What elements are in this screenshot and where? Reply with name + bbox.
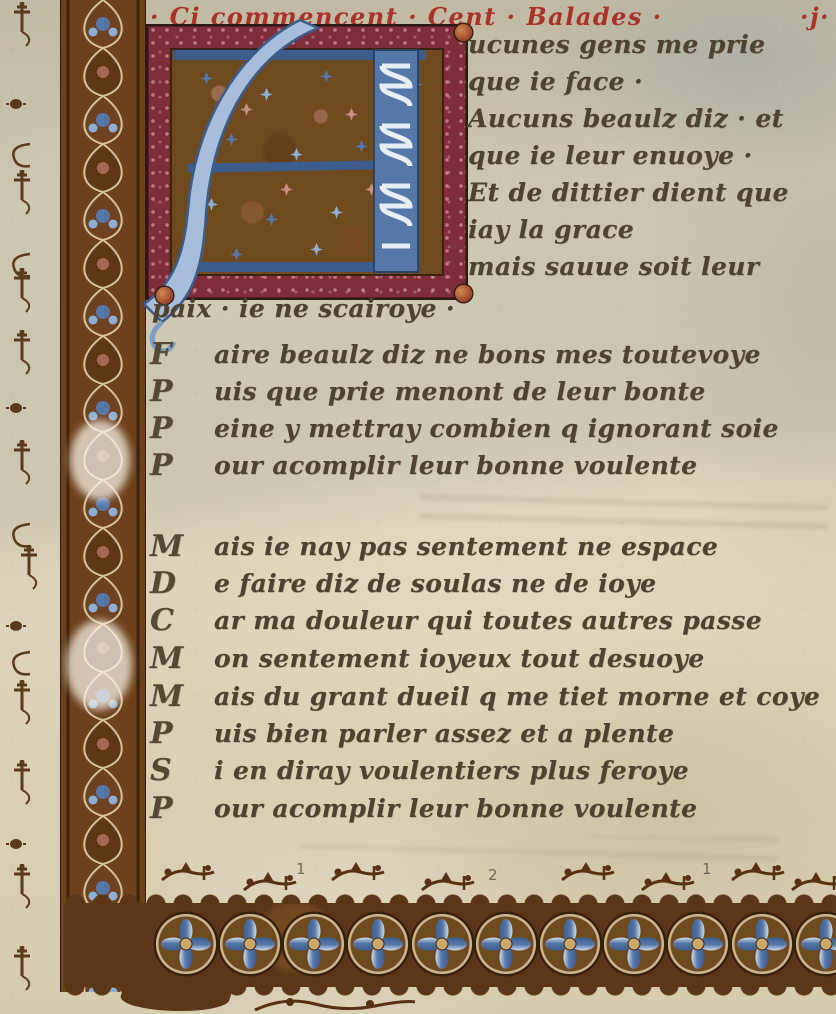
roundel-center-icon xyxy=(693,939,704,950)
verse-initial: P xyxy=(150,448,204,483)
penwork-sprig-icon xyxy=(6,330,40,380)
penwork-sprig-icon xyxy=(6,946,40,996)
penwork-dot-icon xyxy=(6,618,26,637)
verse-line: ais ie nay pas sentement ne espace xyxy=(214,532,718,561)
roundel-center-icon xyxy=(565,939,576,950)
chalk-stain xyxy=(70,420,130,500)
folio-mark: ·j· xyxy=(800,2,830,31)
verse-initial: P xyxy=(150,791,204,826)
verse-initial: F xyxy=(150,337,204,372)
ivy-sprig-icon xyxy=(330,858,386,892)
border-foot xyxy=(116,985,234,1011)
roundel-center-icon xyxy=(821,939,832,950)
verse-line: eine y mettray combien q ignorant soie xyxy=(214,414,779,443)
quatrefoil-roundel-icon xyxy=(668,914,728,974)
ivy-sprig-icon xyxy=(730,858,786,892)
quatrefoil-roundel-icon xyxy=(604,914,664,974)
opening-line: Et de dittier dient que xyxy=(468,178,789,207)
verse-line: e faire diz de soulas ne de ioye xyxy=(214,569,657,598)
chalk-stain xyxy=(66,620,132,710)
penwork-sprig-icon xyxy=(6,2,40,52)
opening-line: Aucuns beaulz diz · et xyxy=(468,104,784,133)
roundel-center-icon xyxy=(245,939,256,950)
verse-line: uis que prie menont de leur bonte xyxy=(214,377,706,406)
left-margin-penwork xyxy=(0,0,60,1014)
verse-initial: P xyxy=(150,411,204,446)
verse-line: ar ma douleur qui toutes autres passe xyxy=(214,606,762,635)
verse-initial: M xyxy=(150,529,204,564)
roundel-center-icon xyxy=(757,939,768,950)
quatrefoil-roundel-icon xyxy=(284,914,344,974)
verse-initial: D xyxy=(150,566,204,601)
quatrefoil-roundel-icon xyxy=(220,914,280,974)
verse-line: our acomplir leur bonne voulente xyxy=(214,451,697,480)
ivy-sprig-icon xyxy=(160,858,216,892)
margin-numeral: 1 xyxy=(702,860,712,878)
quatrefoil-roundel-icon xyxy=(732,914,792,974)
penwork-sprig-icon xyxy=(6,440,40,490)
manuscript-page: · Ci commencent · Cent · Balades · ·j· u… xyxy=(0,0,836,1014)
verse-line: uis bien parler assez et a plente xyxy=(214,719,674,748)
penwork-sprig-icon xyxy=(6,864,40,914)
verse-line: on sentement ioyeux tout desuoye xyxy=(214,644,705,673)
verse-initial: M xyxy=(150,679,204,714)
bottom-border-band xyxy=(64,903,836,987)
corner-knob-icon xyxy=(455,285,472,302)
bottom-sprig-icon xyxy=(250,992,420,1014)
roundel-center-icon xyxy=(309,939,320,950)
verse-initial: P xyxy=(150,716,204,751)
roundel-center-icon xyxy=(501,939,512,950)
roundel-center-icon xyxy=(437,939,448,950)
verse-initial: P xyxy=(150,374,204,409)
penwork-sprig-icon xyxy=(6,680,40,730)
quatrefoil-roundel-icon xyxy=(156,914,216,974)
ivy-sprig-icon xyxy=(560,858,616,892)
penwork-sprig-icon xyxy=(6,268,40,318)
show-through xyxy=(420,492,828,532)
penwork-sprig-icon xyxy=(13,545,47,595)
quatrefoil-roundel-icon xyxy=(348,914,408,974)
opening-line: ucunes gens me prie xyxy=(468,30,766,59)
verse-initial: C xyxy=(150,603,204,638)
verse-line: aire beaulz diz ne bons mes toutevoye xyxy=(214,340,761,369)
penwork-dot-icon xyxy=(6,836,26,855)
verse-initial: S xyxy=(150,753,204,788)
penwork-sprig-icon xyxy=(6,170,40,220)
quatrefoil-roundel-icon xyxy=(540,914,600,974)
quatrefoil-roundel-icon xyxy=(476,914,536,974)
verse-line: our acomplir leur bonne voulente xyxy=(214,794,697,823)
opening-line: mais sauue soit leur xyxy=(468,252,759,281)
roundel-center-icon xyxy=(181,939,192,950)
full-line: paix · ie ne scairoye · xyxy=(152,294,455,323)
verse-initial: M xyxy=(150,641,204,676)
margin-numeral: 2 xyxy=(488,866,498,884)
roundel-center-icon xyxy=(373,939,384,950)
penwork-dot-icon xyxy=(6,96,26,115)
opening-line: que ie leur enuoye · xyxy=(468,141,753,170)
opening-line: que ie face · xyxy=(468,67,643,96)
quatrefoil-roundel-icon xyxy=(796,914,836,974)
illuminated-letter-a xyxy=(148,26,466,298)
opening-line: iay la grace xyxy=(468,215,634,244)
illuminated-initial-block xyxy=(148,26,466,298)
verse-line: i en diray voulentiers plus feroye xyxy=(214,756,689,785)
verse-line: ais du grant dueil q me tiet morne et co… xyxy=(214,682,820,711)
penwork-dot-icon xyxy=(6,400,26,419)
quatrefoil-roundel-icon xyxy=(412,914,472,974)
penwork-sprig-icon xyxy=(6,760,40,810)
roundel-center-icon xyxy=(629,939,640,950)
margin-numeral: 1 xyxy=(296,860,306,878)
